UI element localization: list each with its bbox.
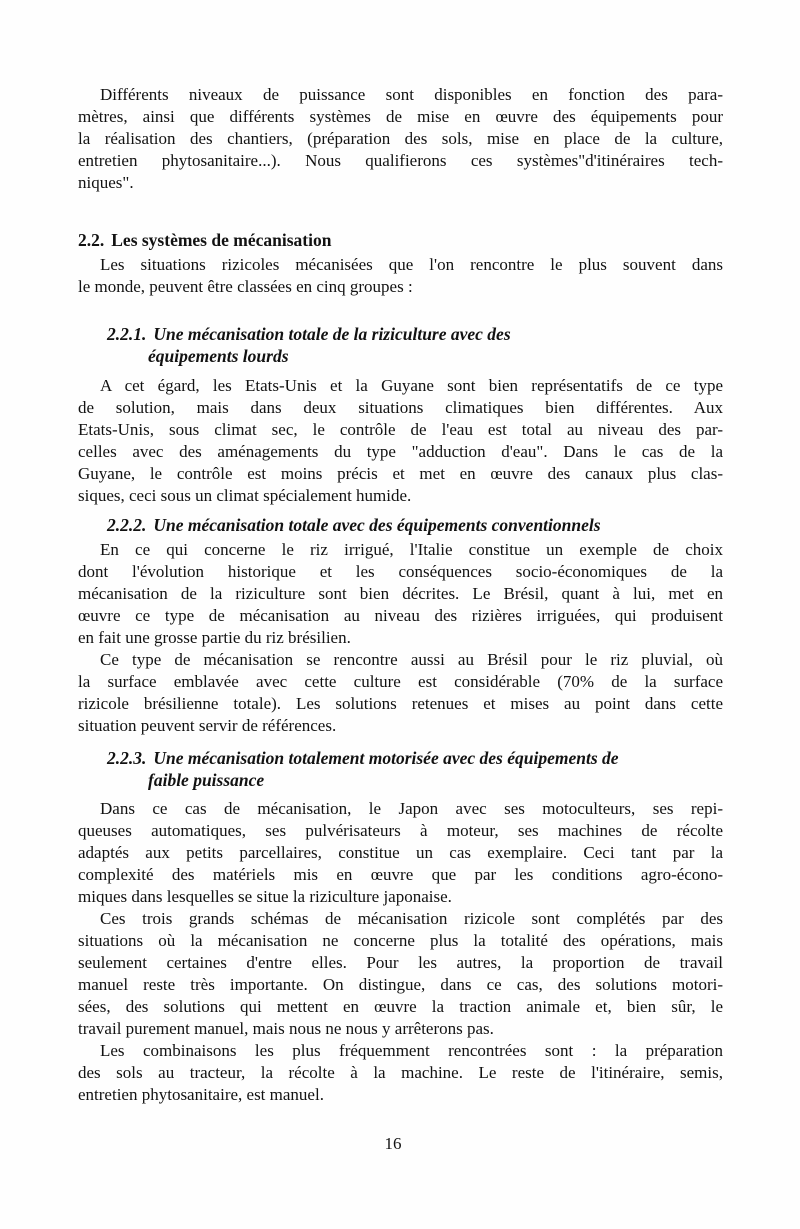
text-line: Dans ce cas de mécanisation, le Japon av… bbox=[78, 798, 723, 820]
text-line: celles avec des aménagements du type "ad… bbox=[78, 441, 723, 463]
paragraph: Différents niveaux de puissance sont dis… bbox=[78, 84, 723, 194]
heading-line: faible puissance bbox=[107, 769, 723, 791]
heading-line: équipements lourds bbox=[107, 345, 723, 367]
heading-number: 2.2.2. bbox=[107, 515, 146, 535]
paragraph: En ce qui concerne le riz irrigué, l'Ita… bbox=[78, 539, 723, 649]
text-line: Les situations rizicoles mécanisées que … bbox=[78, 254, 723, 276]
text-line: œuvre ce type de mécanisation au niveau … bbox=[78, 605, 723, 627]
text-line: A cet égard, les Etats-Unis et la Guyane… bbox=[78, 375, 723, 397]
text-line: des sols au tracteur, la récolte à la ma… bbox=[78, 1062, 723, 1084]
text-line: Ce type de mécanisation se rencontre aus… bbox=[78, 649, 723, 671]
text-block: Différents niveaux de puissance sont dis… bbox=[78, 84, 723, 1106]
text-line: Etats-Unis, sous climat sec, le contrôle… bbox=[78, 419, 723, 441]
text-line: situations où la mécanisation ne concern… bbox=[78, 930, 723, 952]
subsection-heading: 2.2.2.Une mécanisation totale avec des é… bbox=[107, 514, 723, 536]
heading-number: 2.2.1. bbox=[107, 324, 146, 344]
document-page: Différents niveaux de puissance sont dis… bbox=[0, 0, 800, 1229]
text-line: de solution, mais dans deux situations c… bbox=[78, 397, 723, 419]
text-line: En ce qui concerne le riz irrigué, l'Ita… bbox=[78, 539, 723, 561]
heading-line: 2.2.2.Une mécanisation totale avec des é… bbox=[107, 514, 723, 536]
page-number: 16 bbox=[78, 1133, 708, 1155]
text-line: seulement certaines d'entre elles. Pour … bbox=[78, 952, 723, 974]
text-line: en fait une grosse partie du riz brésili… bbox=[78, 627, 723, 649]
text-line: Guyane, le contrôle est moins précis et … bbox=[78, 463, 723, 485]
paragraph: Dans ce cas de mécanisation, le Japon av… bbox=[78, 798, 723, 908]
text-line: entretien phytosanitaire, est manuel. bbox=[78, 1084, 723, 1106]
text-line: mètres, ainsi que différents systèmes de… bbox=[78, 106, 723, 128]
text-line: dont l'évolution historique et les consé… bbox=[78, 561, 723, 583]
heading-number: 2.2. bbox=[78, 230, 104, 250]
paragraph: Les combinaisons les plus fréquemment re… bbox=[78, 1040, 723, 1106]
subsection-heading: 2.2.1.Une mécanisation totale de la rizi… bbox=[107, 323, 723, 367]
heading-line: 2.2.3.Une mécanisation totalement motori… bbox=[107, 747, 723, 769]
text-line: miques dans lesquelles se situe la rizic… bbox=[78, 886, 723, 908]
text-line: entretien phytosanitaire...). Nous quali… bbox=[78, 150, 723, 172]
text-line: la réalisation des chantiers, (préparati… bbox=[78, 128, 723, 150]
heading-line: 2.2.Les systèmes de mécanisation bbox=[78, 229, 723, 251]
paragraph: Ces trois grands schémas de mécanisation… bbox=[78, 908, 723, 1040]
text-line: Différents niveaux de puissance sont dis… bbox=[78, 84, 723, 106]
text-line: queuses automatiques, ses pulvérisateurs… bbox=[78, 820, 723, 842]
section-heading: 2.2.Les systèmes de mécanisation bbox=[78, 229, 723, 251]
subsection-heading: 2.2.3.Une mécanisation totalement motori… bbox=[107, 747, 723, 791]
paragraph: Les situations rizicoles mécanisées que … bbox=[78, 254, 723, 298]
text-line: situation peuvent servir de références. bbox=[78, 715, 723, 737]
text-line: complexité des matériels mis en œuvre qu… bbox=[78, 864, 723, 886]
heading-number: 2.2.3. bbox=[107, 748, 146, 768]
text-line: la surface emblavée avec cette culture e… bbox=[78, 671, 723, 693]
text-line: Les combinaisons les plus fréquemment re… bbox=[78, 1040, 723, 1062]
text-line: mécanisation de la riziculture sont bien… bbox=[78, 583, 723, 605]
text-line: siques, ceci sous un climat spécialement… bbox=[78, 485, 723, 507]
text-line: travail purement manuel, mais nous ne no… bbox=[78, 1018, 723, 1040]
paragraph: A cet égard, les Etats-Unis et la Guyane… bbox=[78, 375, 723, 507]
text-line: niques". bbox=[78, 172, 723, 194]
text-line: le monde, peuvent être classées en cinq … bbox=[78, 276, 723, 298]
text-line: sées, des solutions qui mettent en œuvre… bbox=[78, 996, 723, 1018]
heading-line: 2.2.1.Une mécanisation totale de la rizi… bbox=[107, 323, 723, 345]
paragraph: Ce type de mécanisation se rencontre aus… bbox=[78, 649, 723, 737]
text-line: adaptés aux petits parcellaires, constit… bbox=[78, 842, 723, 864]
text-line: Ces trois grands schémas de mécanisation… bbox=[78, 908, 723, 930]
text-line: rizicole brésilienne totale). Les soluti… bbox=[78, 693, 723, 715]
text-line: manuel reste très importante. On disting… bbox=[78, 974, 723, 996]
